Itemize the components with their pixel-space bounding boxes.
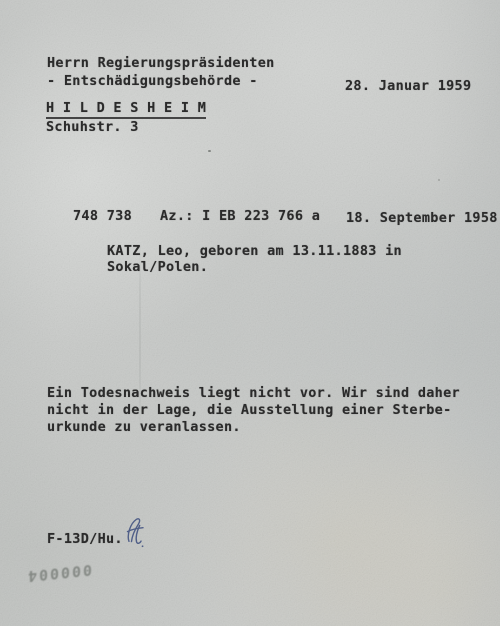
body-line-1: Ein Todesnachweis liegt nicht vor. Wir s… bbox=[47, 385, 460, 401]
number-stamp: 000004 bbox=[14, 553, 104, 587]
paper-speck bbox=[438, 179, 440, 181]
reference-date: 18. September 1958 bbox=[346, 210, 498, 226]
file-reference: Az.: I EB 223 766 a bbox=[160, 208, 320, 224]
recipient-city: H I L D E S H E I M bbox=[46, 100, 206, 119]
scanned-letter-page: Herrn Regierungspräsidenten - Entschädig… bbox=[0, 0, 500, 626]
letter-date: 28. Januar 1959 bbox=[345, 78, 471, 94]
recipient-office: - Entschädigungsbehörde - bbox=[47, 73, 258, 89]
paper-speck bbox=[208, 150, 211, 152]
recipient-name: Herrn Regierungspräsidenten bbox=[47, 55, 275, 71]
handwritten-initials-icon bbox=[121, 514, 150, 551]
clerk-file-code: F-13D/Hu. bbox=[47, 531, 123, 547]
body-line-2: nicht in der Lage, die Ausstellung einer… bbox=[47, 402, 452, 418]
recipient-street: Schuhstr. 3 bbox=[46, 119, 139, 135]
reference-number: 748 738 bbox=[73, 208, 132, 224]
subject-birthplace-line: Sokal/Polen. bbox=[107, 259, 208, 275]
body-line-3: urkunde zu veranlassen. bbox=[47, 419, 241, 435]
subject-person-line: KATZ, Leo, geboren am 13.11.1883 in bbox=[107, 243, 402, 259]
